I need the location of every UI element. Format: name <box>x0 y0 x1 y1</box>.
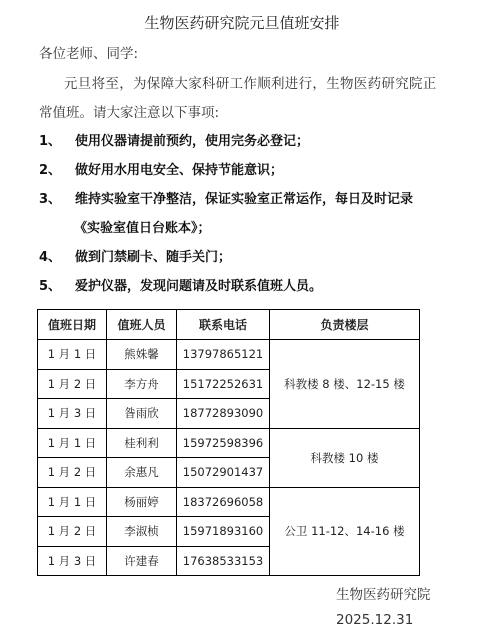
table-row: 1 月 1 日 桂利利 15972598396 科教楼 10 楼 <box>38 428 420 458</box>
cell-date: 1 月 1 日 <box>38 428 107 458</box>
cell-date: 1 月 3 日 <box>38 546 107 576</box>
notice-item-2: 2、做好用水用电安全、保持节能意识； <box>39 159 283 178</box>
notice-item-5: 5、爱护仪器，发现问题请及时联系值班人员。 <box>39 275 322 294</box>
cell-name: 杨丽婷 <box>107 487 177 517</box>
table-row: 1 月 1 日 杨丽婷 18372696058 公卫 11-12、14-16 楼 <box>38 487 420 517</box>
header-phone: 联系电话 <box>177 310 270 340</box>
cell-phone: 15172252631 <box>177 369 270 399</box>
cell-date: 1 月 1 日 <box>38 340 107 370</box>
item-text: 维持实验室干净整洁，保证实验室正常运作，每日及时记录 <box>75 192 413 207</box>
header-date: 值班日期 <box>38 310 107 340</box>
item-number: 2、 <box>39 159 75 178</box>
cell-name: 余惠凡 <box>107 458 177 488</box>
cell-name: 熊姝馨 <box>107 340 177 370</box>
header-staff: 值班人员 <box>107 310 177 340</box>
cell-floor: 科教楼 10 楼 <box>270 428 420 487</box>
cell-phone: 15972598396 <box>177 428 270 458</box>
cell-name: 李方舟 <box>107 369 177 399</box>
cell-floor: 公卫 11-12、14-16 楼 <box>270 487 420 576</box>
table-row: 1 月 1 日 熊姝馨 13797865121 科教楼 8 楼、12-15 楼 <box>38 340 420 370</box>
cell-date: 1 月 1 日 <box>38 487 107 517</box>
cell-phone: 15971893160 <box>177 517 270 547</box>
cell-name: 李淑桢 <box>107 517 177 547</box>
item-text: 做到门禁刷卡、随手关门； <box>75 250 231 265</box>
cell-name: 桂利利 <box>107 428 177 458</box>
cell-name: 昝雨欣 <box>107 399 177 429</box>
cell-floor: 科教楼 8 楼、12-15 楼 <box>270 340 420 429</box>
cell-phone: 17638533153 <box>177 546 270 576</box>
notice-item-3-continuation: 《实验室值日台账本》； <box>74 217 211 236</box>
item-number: 3、 <box>39 188 75 207</box>
item-text: 做好用水用电安全、保持节能意识； <box>75 163 283 178</box>
duty-schedule-table: 值班日期 值班人员 联系电话 负责楼层 1 月 1 日 熊姝馨 13797865… <box>37 309 420 576</box>
item-text: 使用仪器请提前预约，使用完务必登记； <box>75 134 309 149</box>
notice-item-1: 1、使用仪器请提前预约，使用完务必登记； <box>39 130 309 149</box>
cell-phone: 18372696058 <box>177 487 270 517</box>
table-header-row: 值班日期 值班人员 联系电话 负责楼层 <box>38 310 420 340</box>
item-number: 4、 <box>39 246 75 265</box>
header-floor: 负责楼层 <box>270 310 420 340</box>
cell-date: 1 月 2 日 <box>38 369 107 399</box>
greeting: 各位老师、同学: <box>39 42 138 62</box>
item-text: 爱护仪器，发现问题请及时联系值班人员。 <box>75 279 322 294</box>
cell-name: 许建春 <box>107 546 177 576</box>
notice-item-3: 3、维持实验室干净整洁，保证实验室正常运作，每日及时记录 <box>39 188 413 207</box>
cell-date: 1 月 3 日 <box>38 399 107 429</box>
cell-date: 1 月 2 日 <box>38 458 107 488</box>
cell-phone: 15072901437 <box>177 458 270 488</box>
signature-date: 2025.12.31 <box>336 612 413 628</box>
intro-paragraph-line1: 元旦将至，为保障大家科研工作顺利进行，生物医药研究院正 <box>64 72 437 92</box>
item-number: 1、 <box>39 130 75 149</box>
item-number: 5、 <box>39 275 75 294</box>
document-title: 生物医药研究院元旦值班安排 <box>0 12 484 33</box>
cell-date: 1 月 2 日 <box>38 517 107 547</box>
cell-phone: 13797865121 <box>177 340 270 370</box>
intro-paragraph-line2: 常值班。请大家注意以下事项: <box>39 101 219 121</box>
cell-phone: 18772893090 <box>177 399 270 429</box>
signature-organization: 生物医药研究院 <box>336 583 431 603</box>
notice-item-4: 4、做到门禁刷卡、随手关门； <box>39 246 231 265</box>
